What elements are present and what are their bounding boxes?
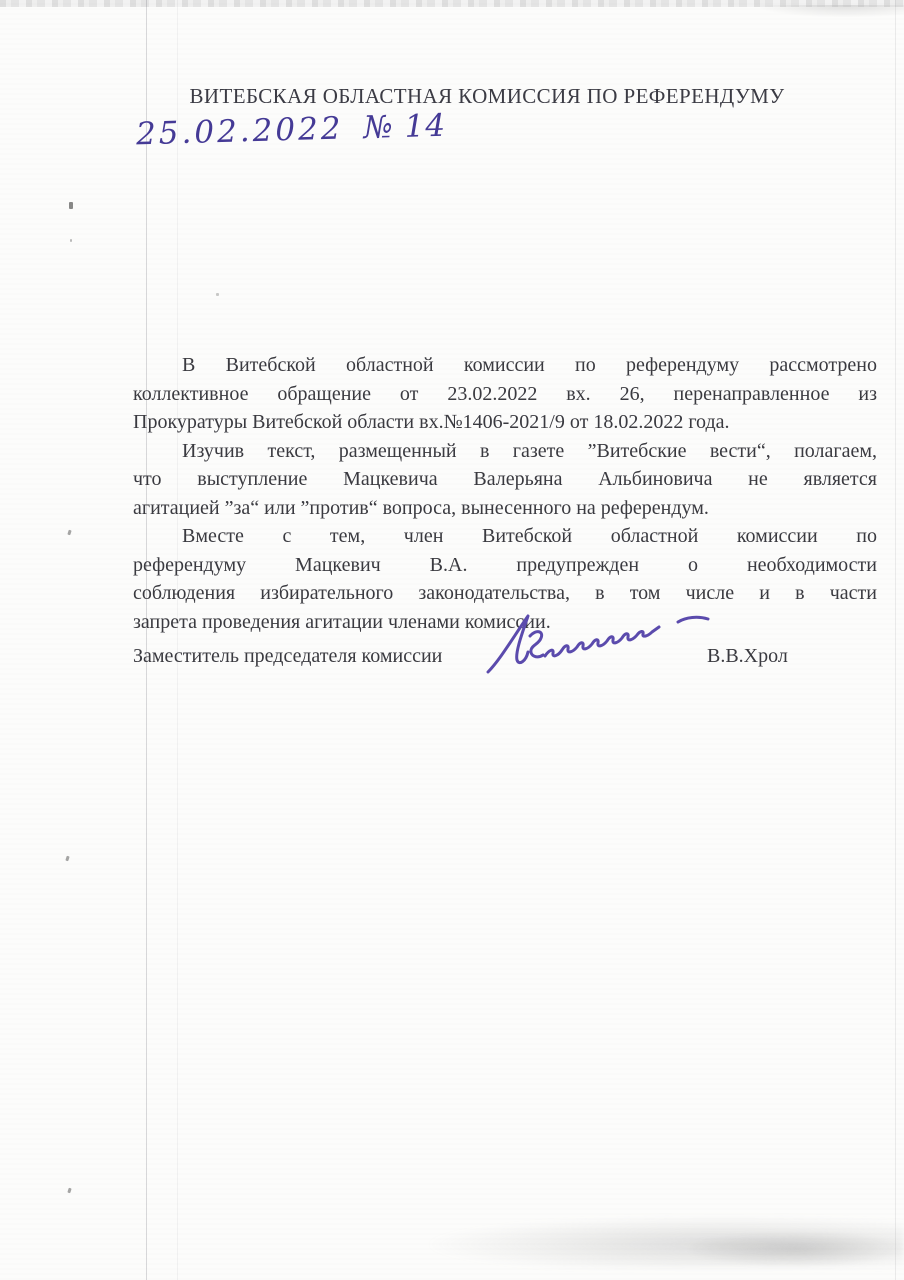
body-line: референдуму Мацкевич В.А. предупрежден о…	[133, 551, 877, 580]
scan-fold-line-left	[146, 0, 147, 1280]
body-line: Изучив текст, размещенный в газете ”Вите…	[133, 437, 877, 466]
scan-speckle	[65, 856, 69, 862]
body-line: что выступление Мацкевича Валерьяна Альб…	[133, 465, 877, 494]
handwritten-reg-line: 25.02.2022№ 14	[136, 108, 447, 153]
signature-position-label: Заместитель председателя комиссии	[133, 645, 442, 668]
scan-speckle	[67, 530, 71, 536]
body-line: Вместе с тем, член Витебской областной к…	[133, 522, 877, 551]
body-line: В Витебской областной комиссии по рефере…	[133, 351, 877, 380]
body-paragraph-1: В Витебской областной комиссии по рефере…	[133, 351, 877, 437]
scan-speckle	[69, 202, 73, 209]
scan-fold-line-left-faint	[177, 0, 178, 1280]
letterhead-title: ВИТЕБСКАЯ ОБЛАСТНАЯ КОМИССИЯ ПО РЕФЕРЕНД…	[190, 84, 785, 109]
body-line: Прокуратуры Витебской области вх.№1406-2…	[133, 408, 877, 437]
scan-bottom-smudge	[690, 1232, 904, 1266]
scan-speckle	[216, 293, 219, 296]
handwritten-reg-date: 25.02.2022	[136, 111, 344, 153]
scan-top-right-shadow	[760, 5, 904, 17]
scanned-letter-page: ВИТЕБСКАЯ ОБЛАСТНАЯ КОМИССИЯ ПО РЕФЕРЕНД…	[0, 0, 904, 1280]
body-line: коллективное обращение от 23.02.2022 вх.…	[133, 380, 877, 409]
handwritten-reg-number: № 14	[363, 108, 447, 146]
body-line: агитацией ”за“ или ”против“ вопроса, вын…	[133, 494, 877, 523]
letter-body: В Витебской областной комиссии по рефере…	[133, 351, 877, 636]
body-line: соблюдения избирательного законодательст…	[133, 579, 877, 608]
body-paragraph-2: Изучив текст, размещенный в газете ”Вите…	[133, 437, 877, 523]
scan-speckle	[70, 239, 72, 242]
signature-name: В.В.Хрол	[707, 645, 788, 668]
scan-paper-edge-right	[895, 0, 896, 1280]
signature-ink	[482, 606, 722, 681]
scan-speckle	[67, 1188, 71, 1194]
